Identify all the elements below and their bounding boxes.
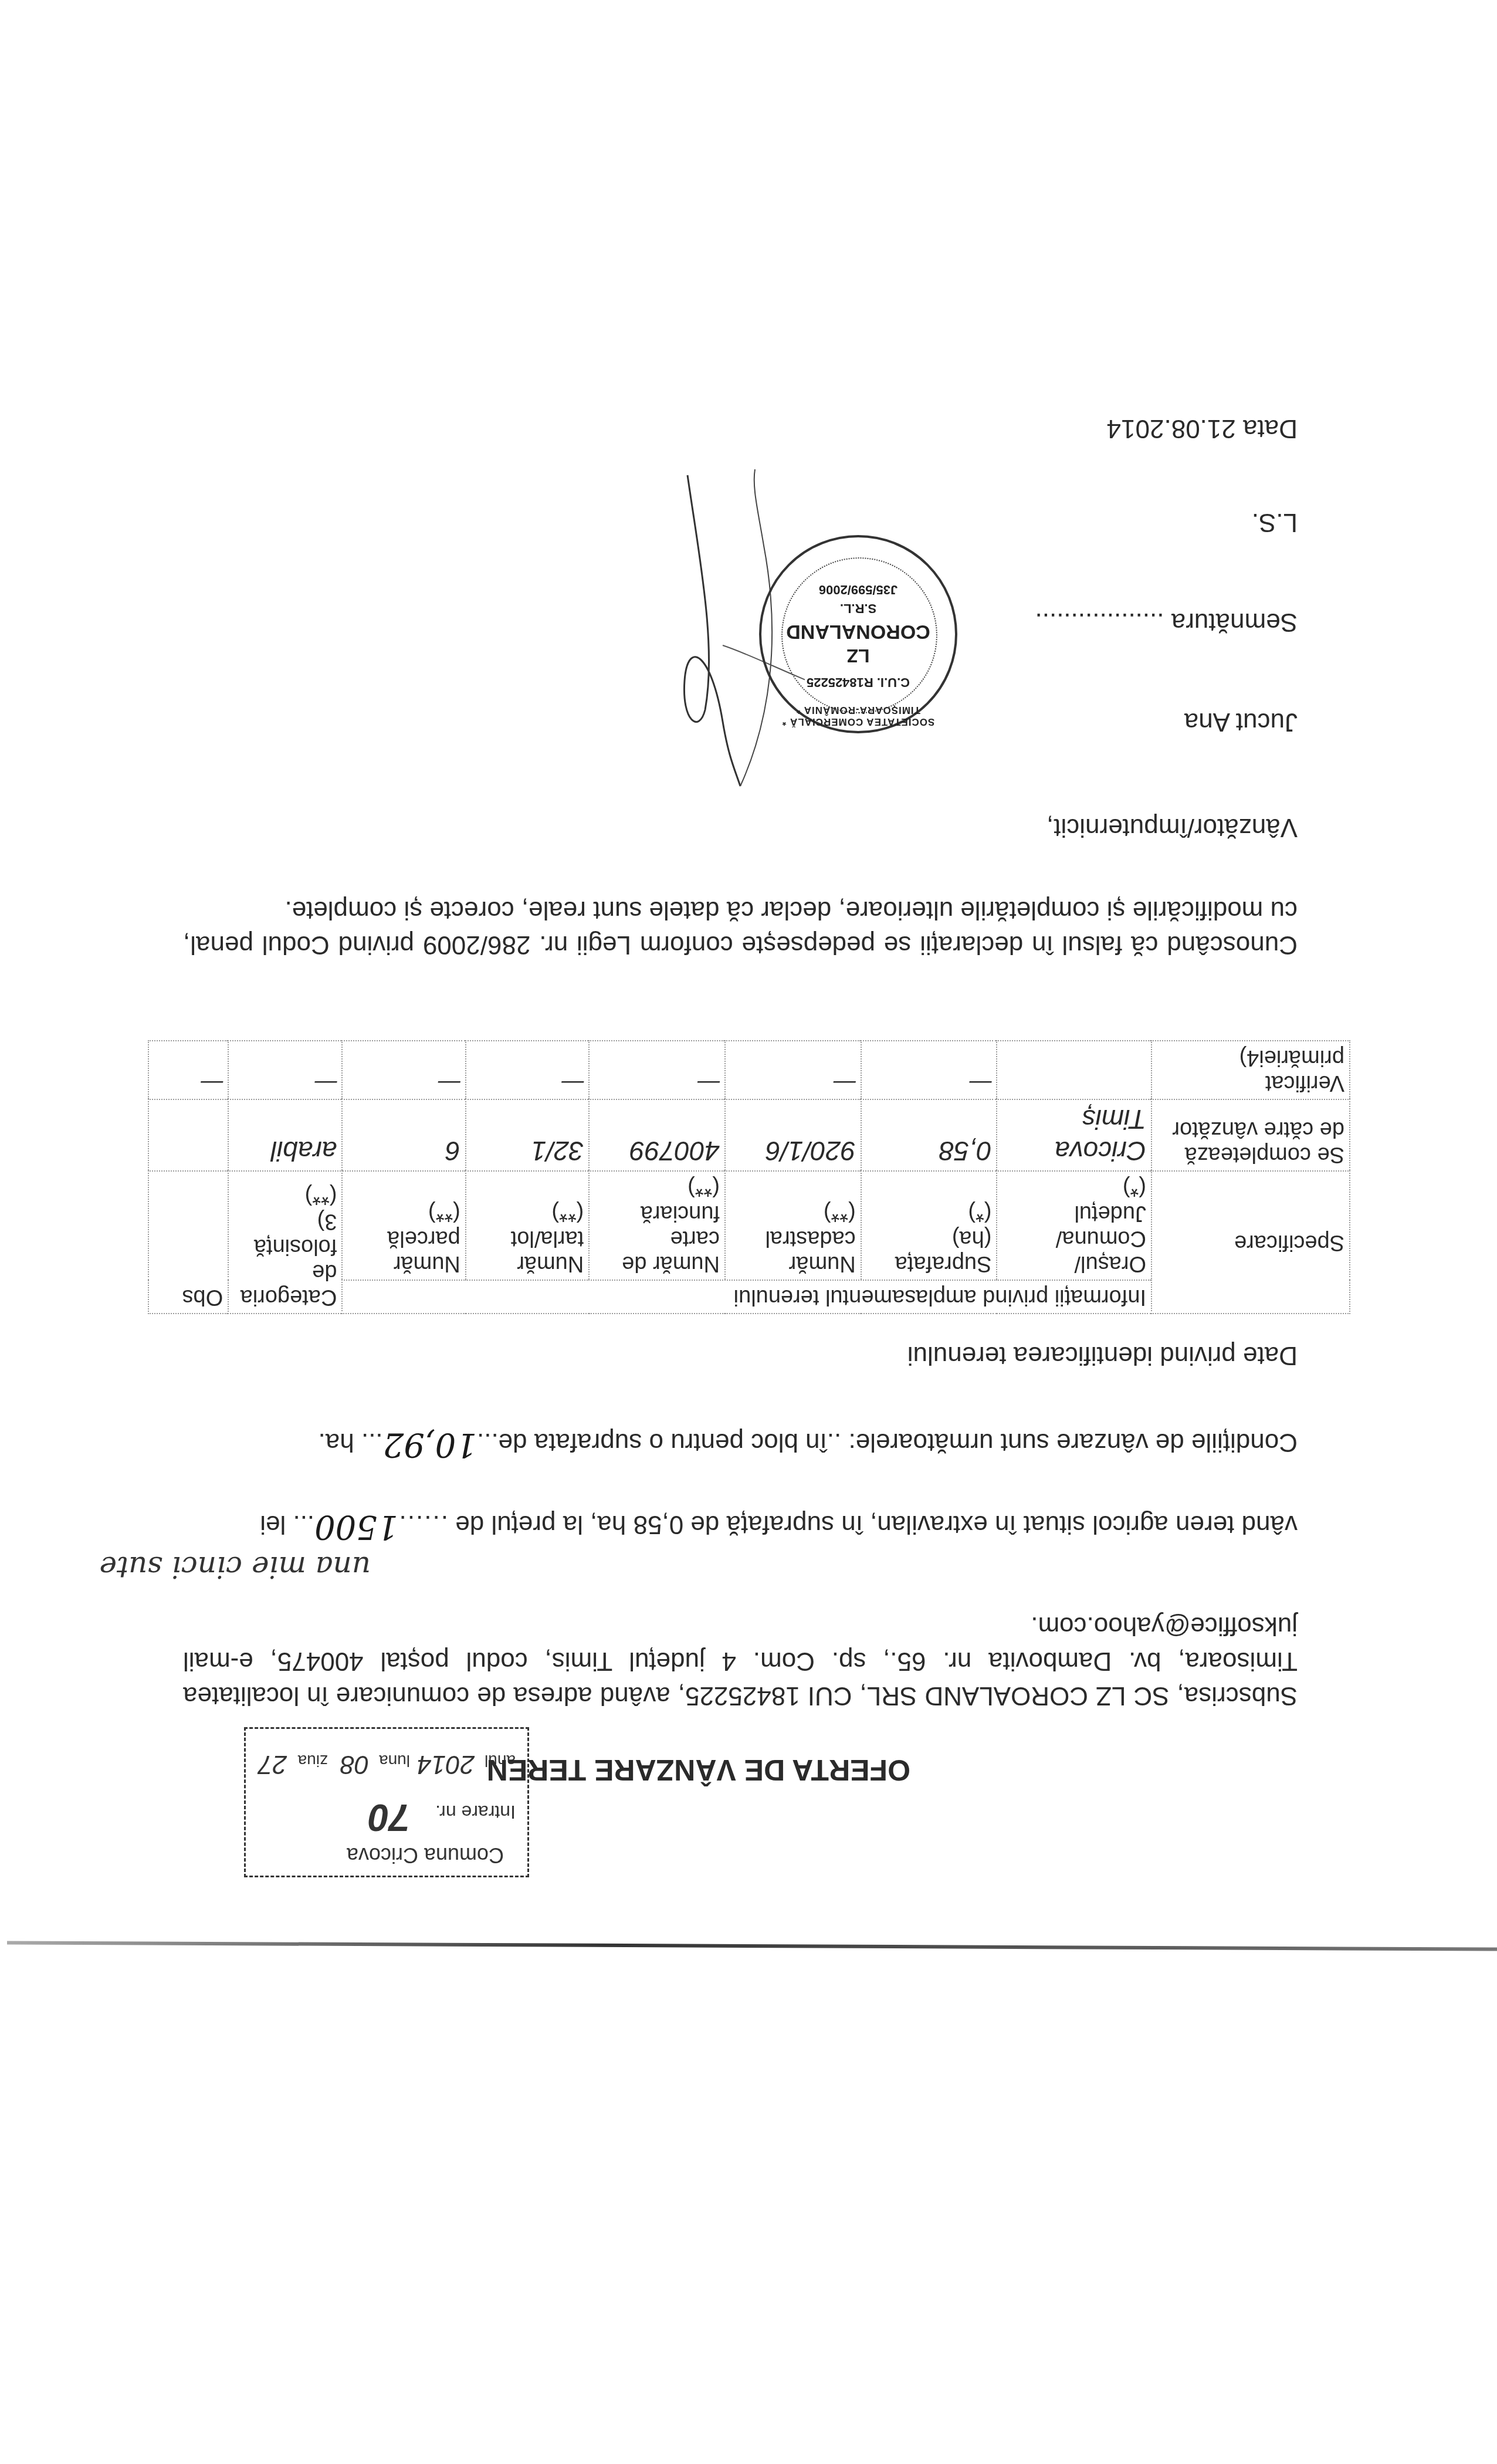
cell-carte-funciara: 400799 <box>589 1099 725 1171</box>
cell-obs: — <box>148 1041 228 1099</box>
col-note-categoria: (**) <box>233 1183 337 1209</box>
group-header-amplasament: Informații privind amplasamentul terenul… <box>342 1280 1151 1314</box>
stamp-entry-number: 70 <box>368 1796 410 1839</box>
sale-line-suffix: lei <box>260 1510 286 1539</box>
sale-line-prefix: vând teren agricol situat în extravilan,… <box>455 1510 1298 1539</box>
col-label-nr-cadastral: Număr cadastral <box>730 1226 856 1276</box>
stamp-month-label: luna <box>379 1751 410 1770</box>
seal-outer-text: SOCIETATEA COMERCIALĂ * TIMIȘOARA-ROMÂNI… <box>761 704 955 727</box>
col-note-tarla: (**) <box>471 1200 584 1226</box>
col-header-nr-cadastral: Număr cadastral(**) <box>725 1171 861 1280</box>
stamp-day-label: ziua <box>298 1751 328 1770</box>
seal-cui: C.U.I. R18425225 <box>761 675 955 690</box>
section-heading: Date privind identificarea terenului <box>907 1338 1298 1373</box>
date-value: 21.08.2014 <box>1107 414 1236 443</box>
cell-categoria: — <box>228 1041 342 1099</box>
date-line: Data 21.08.2014 <box>1107 411 1298 446</box>
cell-obs <box>148 1099 228 1171</box>
intro-paragraph: Subscrisa, SC LZ COROALAND SRL, CUI 1842… <box>183 1609 1298 1713</box>
stamp-entry-label: Intrare nr. <box>435 1801 516 1823</box>
scan-paper-edge <box>7 1941 1497 1951</box>
cell-oras: Cricova Timiș <box>997 1099 1151 1171</box>
row-label: Verificat primăriei4) <box>1151 1041 1350 1099</box>
col-header-categoria: Categoria de folosință 3) (**) <box>228 1171 342 1314</box>
seal-lz: LZ <box>761 645 955 666</box>
col-header-tarla: Număr tarla/lot(**) <box>466 1171 589 1280</box>
stamp-year: 2014 <box>417 1749 475 1779</box>
col-header-obs: Obs <box>148 1171 228 1314</box>
cell-tarla: — <box>466 1041 589 1099</box>
seal-company-name: CORONALAND <box>761 620 955 643</box>
stamp-month: 08 <box>340 1749 369 1779</box>
cell-parcela: 6 <box>342 1099 465 1171</box>
signature-label: Semnătura <box>1171 608 1298 637</box>
col-header-carte-funciara: Număr de carte funciară(**) <box>589 1171 725 1280</box>
col-label-oras: Orașul/ Comuna/ Județul <box>1002 1200 1146 1276</box>
document-title: OFERTA DE VÂNZARE TEREN <box>487 1750 910 1790</box>
col-note-parcela: (**) <box>347 1200 460 1226</box>
row-label: Se completează de către vânzător <box>1151 1099 1350 1171</box>
stamp-day: 27 <box>258 1749 287 1779</box>
col-label-carte-funciara: Număr de carte funciară <box>594 1200 720 1276</box>
col-note-carte-funciara: (**) <box>594 1175 720 1200</box>
role-label: Vânzător/împuternicit, <box>1046 810 1298 845</box>
conditions-area-handwritten: 10,92 <box>383 1426 477 1464</box>
sale-line: vând teren agricol situat în extravilan,… <box>260 1504 1298 1549</box>
signer-name: Jucut Ana <box>1184 705 1298 739</box>
price-in-words-handwritten: una mie cinci sute <box>42 1550 371 1584</box>
cell-categoria: arabil <box>228 1099 342 1171</box>
table-row-vanzator: Se completează de către vânzător Cricova… <box>148 1099 1350 1171</box>
col-header-suprafata: Suprafața (ha)(*) <box>861 1171 997 1280</box>
cell-parcela: — <box>342 1041 465 1099</box>
cell-nr-cadastral: 920/1/6 <box>725 1099 861 1171</box>
conditions-prefix: Condițiile de vânzare sunt următoarele: … <box>499 1428 1298 1457</box>
col-label-categoria: Categoria de folosință 3) <box>233 1209 337 1309</box>
col-label-suprafata: Suprafața (ha) <box>866 1226 992 1276</box>
seal-reg-number: J35/599/2006 <box>761 582 955 597</box>
company-round-seal: SOCIETATEA COMERCIALĂ * TIMIȘOARA-ROMÂNI… <box>759 535 957 733</box>
stamp-institution: Comuna Cricova <box>347 1843 504 1867</box>
conditions-line: Condițiile de vânzare sunt următoarele: … <box>319 1422 1298 1467</box>
cell-tarla: 32/1 <box>466 1099 589 1171</box>
declaration-paragraph: Cunoscând că falsul în declarații se ped… <box>183 892 1298 962</box>
col-header-oras: Orașul/ Comuna/ Județul(*) <box>997 1171 1151 1280</box>
cell-suprafata: 0,58 <box>861 1099 997 1171</box>
conditions-suffix: ha. <box>319 1428 354 1457</box>
scanned-document-page: Comuna Cricova Intrare nr. 70 anul 2014 … <box>0 0 1497 2464</box>
seal-label: L.S. <box>1252 505 1298 540</box>
col-header-specificare: Specificare <box>1151 1171 1350 1314</box>
cell-carte-funciara: — <box>589 1041 725 1099</box>
col-header-parcela: Număr parcelă(**) <box>342 1171 465 1280</box>
col-note-nr-cadastral: (**) <box>730 1200 856 1226</box>
col-note-suprafata: (*) <box>866 1200 992 1226</box>
signature-line: Semnătura .................. <box>1035 605 1298 639</box>
seal-srl: S.R.L. <box>761 601 955 616</box>
date-label: Data <box>1243 414 1298 443</box>
sale-price-handwritten: 1500 <box>314 1508 398 1546</box>
col-note-oras: (*) <box>1002 1175 1146 1200</box>
cell-nr-cadastral: — <box>725 1041 861 1099</box>
col-label-parcela: Număr parcelă <box>347 1226 460 1276</box>
signature-dots: .................. <box>1035 608 1164 637</box>
cell-oras <box>997 1041 1151 1099</box>
table-row-verificat: Verificat primăriei4) — — — — — — — <box>148 1041 1350 1099</box>
col-label-tarla: Număr tarla/lot <box>471 1226 584 1276</box>
cell-suprafata: — <box>861 1041 997 1099</box>
land-identification-table: Specificare Informații privind amplasame… <box>148 1040 1350 1314</box>
